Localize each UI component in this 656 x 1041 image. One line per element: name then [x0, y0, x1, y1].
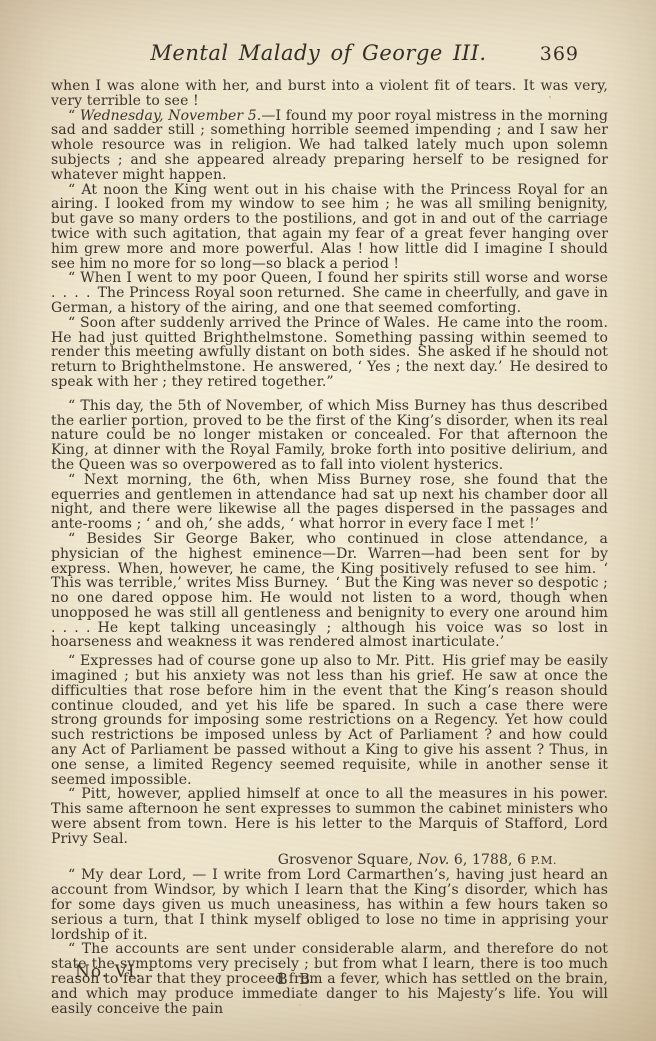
issue-number: No. VI. [75, 962, 142, 982]
dateline-month-italic: Nov. [418, 852, 450, 868]
dateline-place: Grosvenor Square, [278, 852, 418, 868]
paragraph: “ Next morning, the 6th, when Miss Burne… [51, 473, 608, 532]
running-head: Mental Malady of George III. 369 [51, 41, 608, 71]
paragraph: “ Soon after suddenly arrived the Prince… [51, 316, 608, 390]
paragraph: “ At noon the King went out in his chais… [51, 183, 608, 272]
dateline-meridiem: P.M. [531, 853, 557, 867]
paragraph: “ This day, the 5th of November, of whic… [51, 399, 608, 473]
paragraph: “ My dear Lord, — I write from Lord Carm… [51, 868, 608, 942]
paragraph: when I was alone with her, and burst int… [51, 79, 608, 109]
paragraph: “ Wednesday, November 5.—I found my poor… [51, 109, 608, 183]
paragraph: “ Besides Sir George Baker, who continue… [51, 532, 608, 650]
dateline-mid: 6, 1788, 6 [449, 852, 530, 868]
italic-date-run: Wednesday, November 5. [80, 108, 261, 124]
page-title: Mental Malady of George III. [40, 41, 597, 65]
body-text: when I was alone with her, and burst int… [51, 79, 608, 1016]
paragraph: “ When I went to my poor Queen, I found … [51, 271, 608, 315]
printer-signature: B B [277, 972, 310, 988]
quote-open: “ [68, 108, 80, 124]
paragraph: “ Expresses had of course gone up also t… [51, 654, 608, 787]
book-page-scan: Mental Malady of George III. 369 when I … [0, 0, 656, 1041]
page-number: 369 [540, 43, 579, 65]
paragraph: “ Pitt, however, applied himself at once… [51, 787, 608, 846]
letter-dateline: Grosvenor Square, Nov. 6, 1788, 6 P.M. [51, 853, 608, 868]
